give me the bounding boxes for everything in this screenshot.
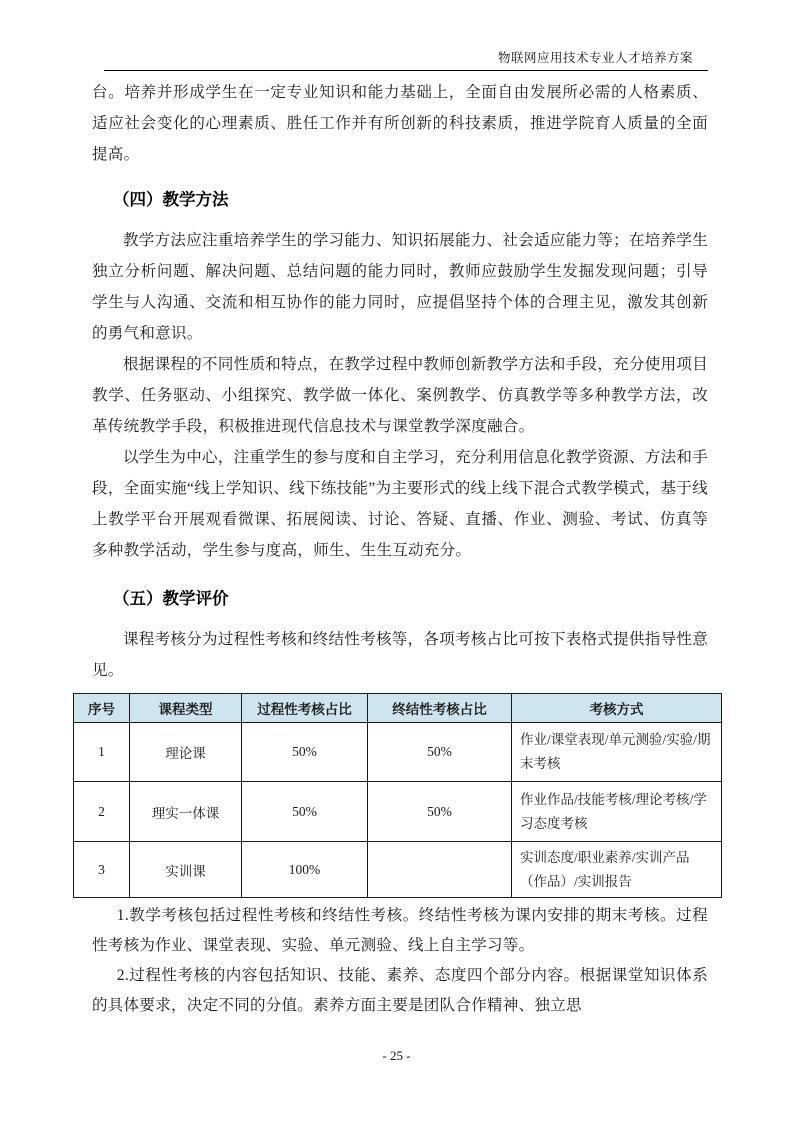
document-body: 台。培养并形成学生在一定专业知识和能力基础上，全面自由发展所必需的人格素质、适应… [92, 77, 708, 1021]
paragraph: 教学方法应注重培养学生的学习能力、知识拓展能力、社会适应能力等；在培养学生独立分… [92, 225, 708, 349]
table-header-cell: 过程性考核占比 [242, 694, 368, 723]
table-cell: 理论课 [130, 723, 242, 782]
table-cell: 50% [368, 782, 512, 842]
page-header-title: 物联网应用技术专业人才培养方案 [498, 48, 693, 66]
table-row: 3 实训课 100% 实训态度/职业素养/实训产品（作品）/实训报告 [74, 842, 722, 898]
table-cell: 3 [74, 842, 130, 898]
table-cell: 作业作品/技能考核/理论考核/学习态度考核 [512, 782, 722, 842]
page-number: - 25 - [0, 1048, 793, 1064]
table-header-cell: 终结性考核占比 [368, 694, 512, 723]
table-cell: 理实一体课 [130, 782, 242, 842]
section-heading-teaching-methods: （四）教学方法 [92, 188, 708, 212]
table-cell [368, 842, 512, 898]
paragraph: 课程考核分为过程性考核和终结性考核等，各项考核占比可按下表格式提供指导性意见。 [92, 624, 708, 686]
paragraph: 以学生为中心，注重学生的参与度和自主学习，充分利用信息化教学资源、方法和手段，全… [92, 442, 708, 566]
table-cell: 50% [242, 723, 368, 782]
note-paragraph: 2.过程性考核的内容包括知识、技能、素养、态度四个部分内容。根据课堂知识体系的具… [92, 961, 708, 1021]
section-heading-teaching-evaluation: （五）教学评价 [92, 587, 708, 611]
assessment-ratio-table: 序号 课程类型 过程性考核占比 终结性考核占比 考核方式 1 理论课 50% 5… [73, 693, 722, 898]
table-header-cell: 考核方式 [512, 694, 722, 723]
paragraph: 根据课程的不同性质和特点，在教学过程中教师创新教学方法和手段，充分使用项目教学、… [92, 349, 708, 442]
table-cell: 实训态度/职业素养/实训产品（作品）/实训报告 [512, 842, 722, 898]
table-row: 1 理论课 50% 50% 作业/课堂表现/单元测验/实验/期末考核 [74, 723, 722, 782]
document-page: 物联网应用技术专业人才培养方案 台。培养并形成学生在一定专业知识和能力基础上，全… [0, 0, 793, 1122]
table-header-cell: 课程类型 [130, 694, 242, 723]
note-paragraph: 1.教学考核包括过程性考核和终结性考核。终结性考核为课内安排的期末考核。过程性考… [92, 901, 708, 961]
table-cell: 100% [242, 842, 368, 898]
table-cell: 50% [242, 782, 368, 842]
table-cell: 实训课 [130, 842, 242, 898]
table-header-cell: 序号 [74, 694, 130, 723]
table-cell: 作业/课堂表现/单元测验/实验/期末考核 [512, 723, 722, 782]
table-header-row: 序号 课程类型 过程性考核占比 终结性考核占比 考核方式 [74, 694, 722, 723]
table-cell: 2 [74, 782, 130, 842]
table-row: 2 理实一体课 50% 50% 作业作品/技能考核/理论考核/学习态度考核 [74, 782, 722, 842]
intro-paragraph: 台。培养并形成学生在一定专业知识和能力基础上，全面自由发展所必需的人格素质、适应… [92, 77, 708, 170]
table-cell: 1 [74, 723, 130, 782]
table-cell: 50% [368, 723, 512, 782]
header-rule [104, 70, 708, 71]
table-notes: 1.教学考核包括过程性考核和终结性考核。终结性考核为课内安排的期末考核。过程性考… [92, 901, 708, 1021]
